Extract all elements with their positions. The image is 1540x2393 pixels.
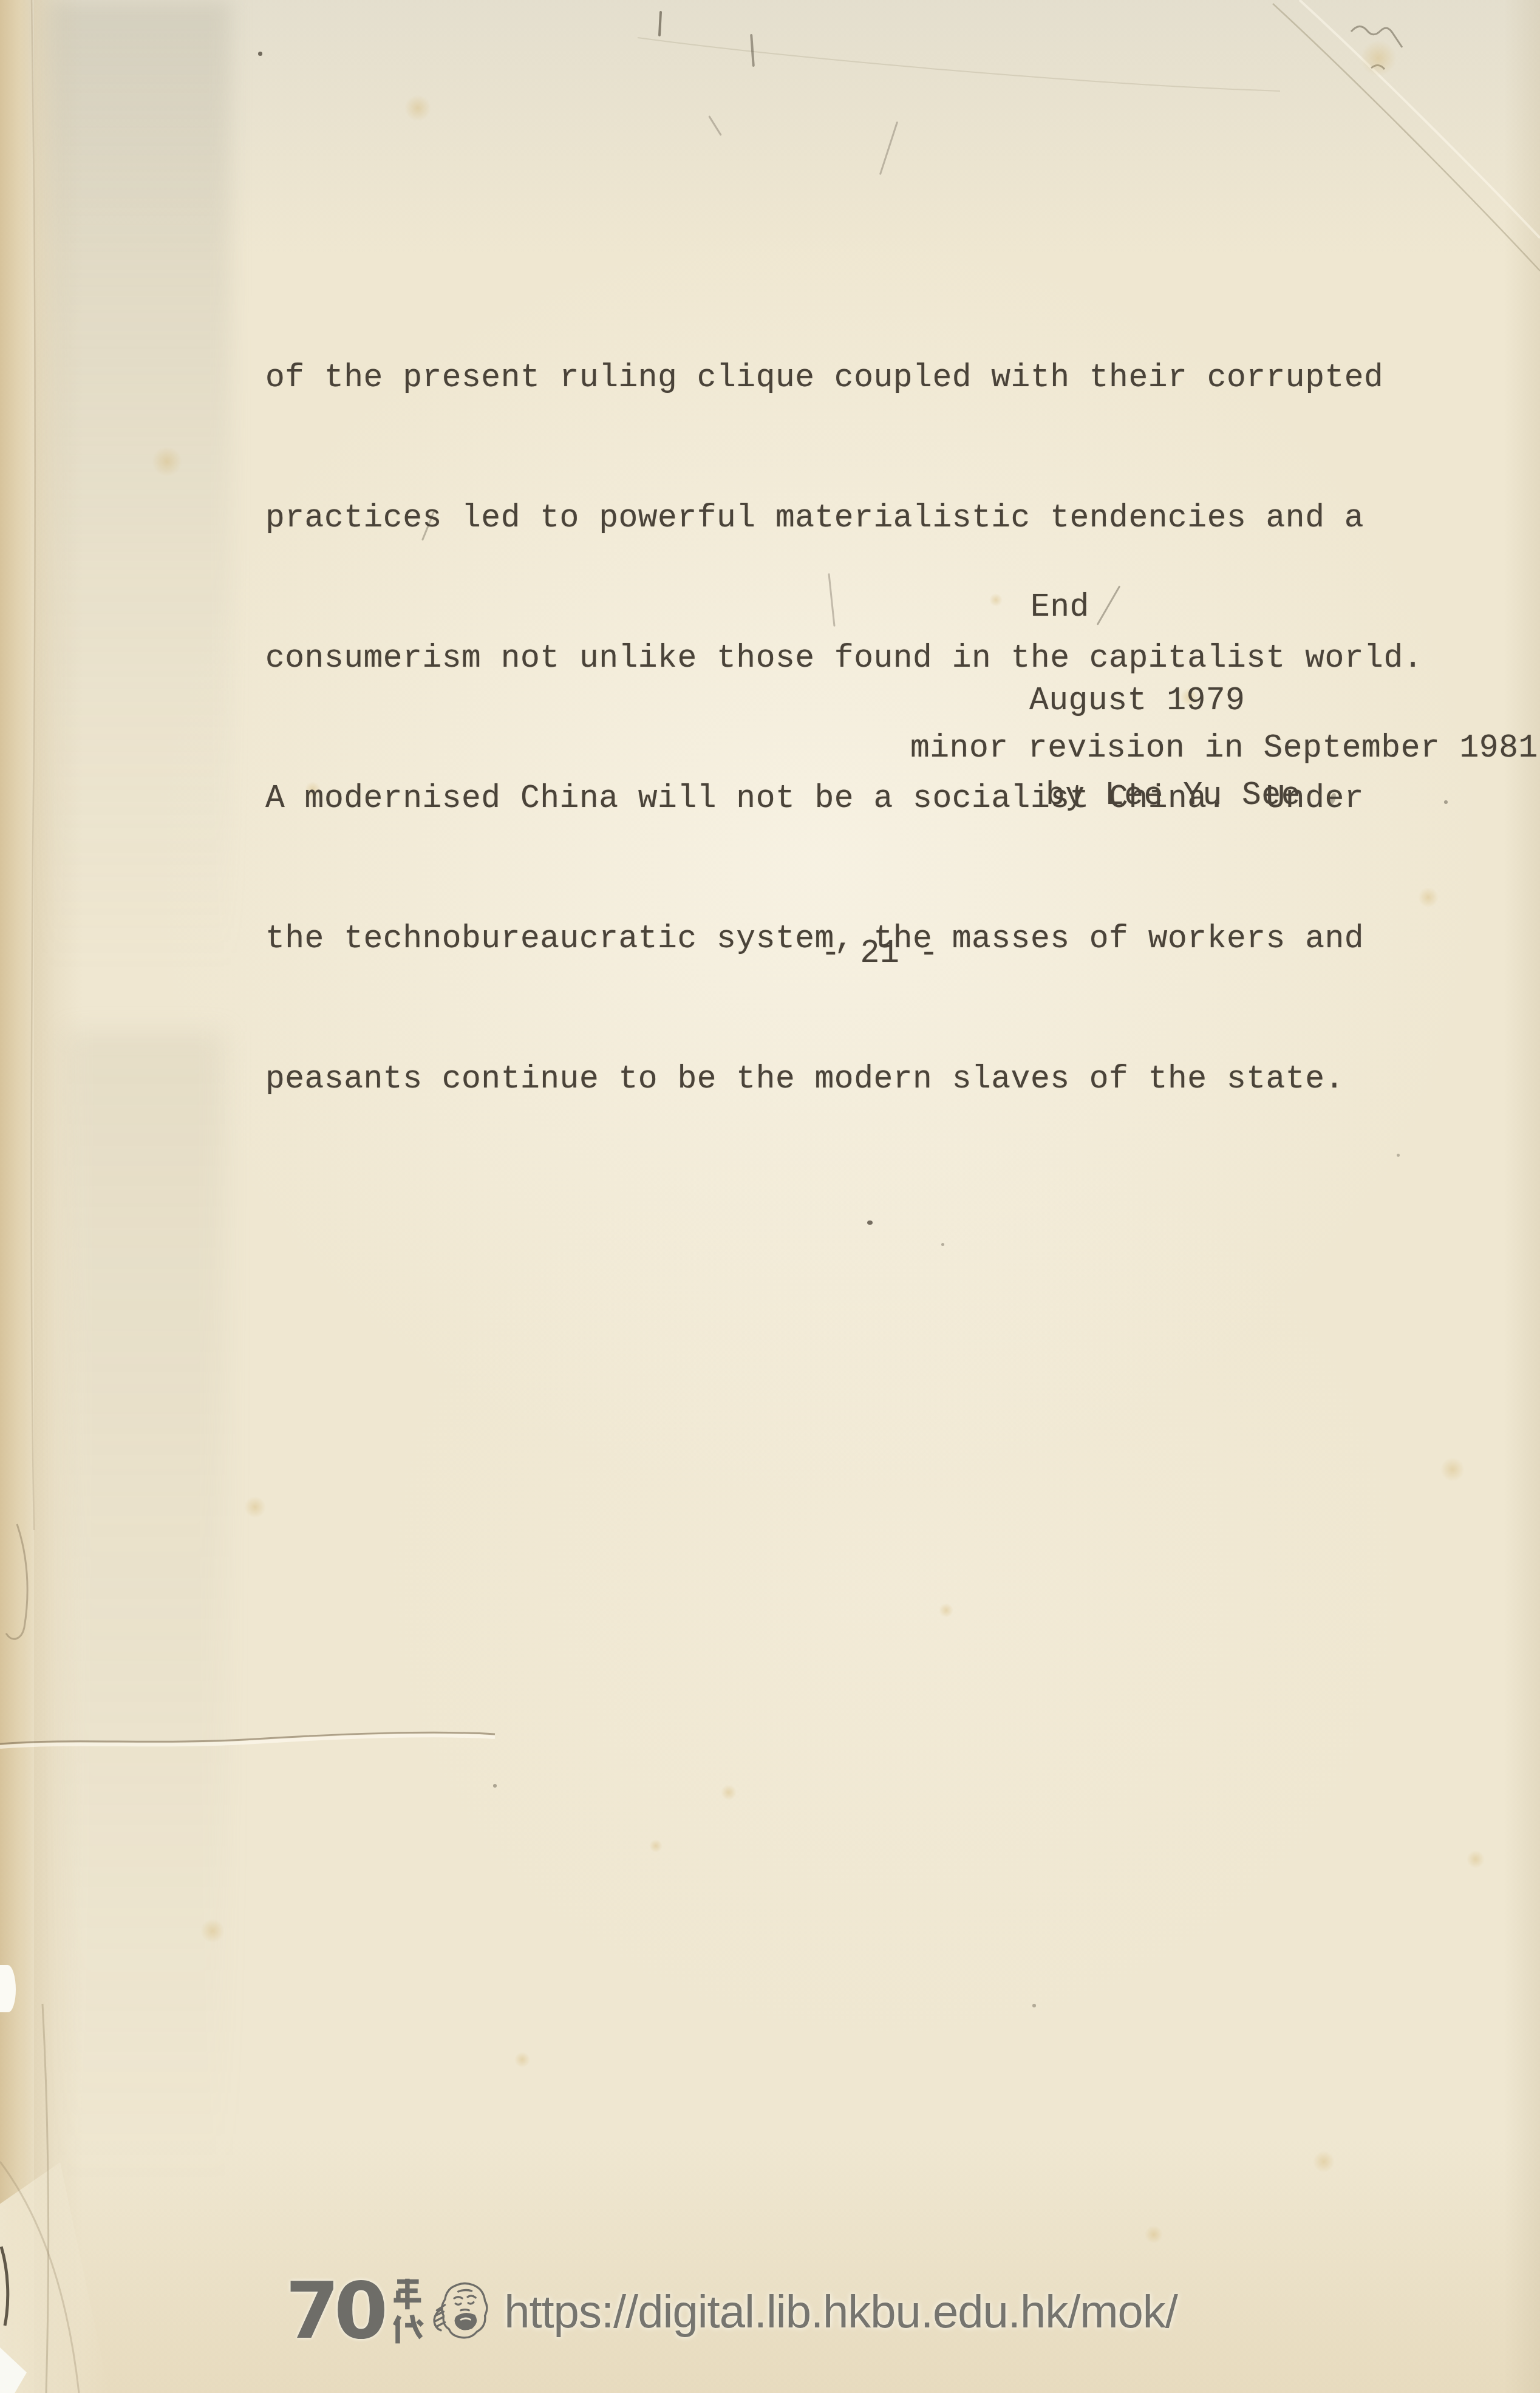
paper-corner-flap [0, 2162, 109, 2393]
screaming-face-icon [428, 2278, 494, 2345]
paper-speck [867, 1220, 873, 1225]
paper-speck [941, 1243, 944, 1246]
pen-mark [750, 34, 755, 67]
paper-stain [1440, 1457, 1465, 1482]
paper-stain [649, 1839, 663, 1853]
paper-stain [200, 1919, 225, 1943]
paper-stain [152, 446, 182, 477]
paper-stain [1313, 2151, 1335, 2173]
typed-line: practices led to powerful materialistic … [265, 495, 1423, 542]
typed-line: peasants continue to be the modern slave… [265, 1056, 1423, 1103]
pen-mark [708, 115, 722, 136]
paper-speck [1444, 800, 1448, 804]
paper-stain [939, 1603, 953, 1618]
date-line: August 1979 [1029, 678, 1245, 724]
paper-stain [514, 2052, 530, 2068]
revision-line: minor revision in September 1981 [910, 725, 1538, 772]
paper-speck [1032, 2004, 1036, 2007]
typed-line: consumerism not unlike those found in th… [265, 635, 1423, 682]
logo-niandai-icon [389, 2276, 424, 2347]
paper-tear-white [0, 2347, 27, 2393]
paper-speck [258, 52, 262, 56]
paper-left-fold-shade [34, 0, 83, 2393]
paper-stain [244, 1496, 266, 1518]
paper-stain [1467, 1850, 1485, 1868]
paper-stain [1360, 40, 1397, 77]
pen-mark [879, 121, 898, 175]
paper-stain [1145, 2225, 1163, 2244]
end-label: End [1031, 584, 1089, 631]
footer-url: https://digital.lib.hkbu.edu.hk/mok/ [504, 2286, 1177, 2338]
pen-mark [658, 11, 662, 36]
paper-left-fold-edge [0, 0, 35, 2393]
scanned-page: of the present ruling clique coupled wit… [0, 0, 1540, 2393]
digital-library-footer: 70 年代 [285, 2276, 1177, 2347]
author-byline: by Lee Yu See [1046, 772, 1301, 819]
logo-70: 70 [285, 2273, 389, 2350]
paper-stain [404, 95, 431, 121]
paper-tear-white [0, 1965, 16, 2012]
typed-line: of the present ruling clique coupled wit… [265, 355, 1423, 401]
paper-speck [493, 1784, 497, 1788]
page-number: - 21 - [821, 930, 939, 977]
paper-mottle-top [49, 0, 231, 972]
paper-mottle-mid [67, 1032, 225, 2186]
paper-stain [721, 1785, 737, 1800]
